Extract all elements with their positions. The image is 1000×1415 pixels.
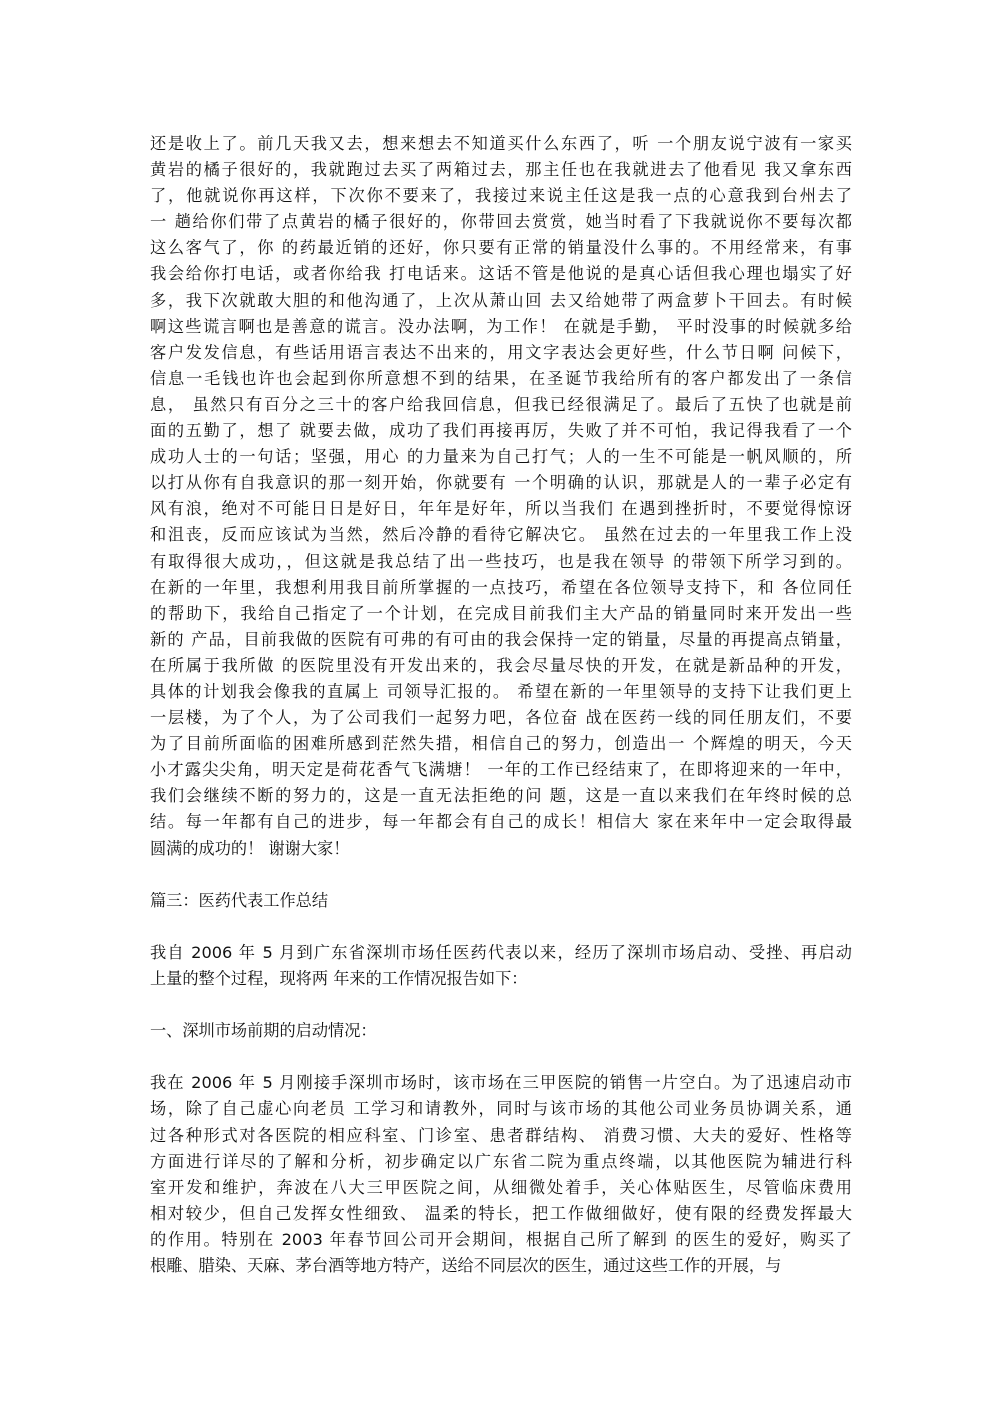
paragraph-1: 还是收上了。前几天我又去，想来想去不知道买什么东西了，听 一个朋友说宁波有一家买… xyxy=(150,131,852,862)
text-line: 场，除了自己虚心向老员 工学习和请教外，同时与该市场的其他公司业务员协调关系，通 xyxy=(150,1096,852,1122)
text-line: 具体的计划我会像我的直属上 司领导汇报的。 希望在新的一年里领导的支持下让我们更… xyxy=(150,679,852,705)
text-line: 在所属于我所做 的医院里没有开发出来的，我会尽量尽快的开发，在就是新品种的开发， xyxy=(150,653,852,679)
text-line: 一 趟给你们带了点黄岩的橘子很好的，你带回去赏赏，她当时看了下我就说你不要每次都 xyxy=(150,209,852,235)
text-line: 成功人士的一句话；坚强，用心 的力量来为自己打气；人的一生不可能是一帆风顺的，所 xyxy=(150,444,852,470)
section-heading-shenzhen-startup: 一、深圳市场前期的启动情况： xyxy=(150,1018,852,1044)
text-line: 我会给你打电话，或者你给我 打电话来。这话不管是他说的是真心话但我心理也塌实了好 xyxy=(150,261,852,287)
text-line: 一层楼，为了个人，为了公司我们一起努力吧，各位奋 战在医药一线的同任朋友们，不要 xyxy=(150,705,852,731)
text-line: 根雕、腊染、天麻、茅台酒等地方特产，送给不同层次的医生，通过这些工作的开展，与 xyxy=(150,1253,852,1279)
text-line: 在新的一年里，我想利用我目前所掌握的一点技巧，希望在各位领导支持下，和 各位同任 xyxy=(150,575,852,601)
text-line: 的帮助下，我给自己指定了一个计划，在完成目前我们主大产品的销量同时来开发出一些 xyxy=(150,601,852,627)
text-line: 以打从你有自我意识的那一刻开始，你就要有 一个明确的认识，那就是人的一辈子必定有 xyxy=(150,470,852,496)
text-line: 过各种形式对各医院的相应科室、门诊室、患者群结构、 消费习惯、大夫的爱好、性格等 xyxy=(150,1123,852,1149)
text-line: 风有浪，绝对不可能日日是好日，年年是好年，所以当我们 在遇到挫折时，不要觉得惊讶 xyxy=(150,496,852,522)
text-line: 方面进行详尽的了解和分析，初步确定以广东省二院为重点终端，以其他医院为辅进行科 xyxy=(150,1149,852,1175)
text-line: 客户发发信息，有些话用语言表达不出来的，用文字表达会更好些，什么节日啊 问候下， xyxy=(150,340,852,366)
paragraph-shenzhen: 我在 2006 年 5 月刚接手深圳市场时，该市场在三甲医院的销售一片空白。为了… xyxy=(150,1070,852,1279)
text-line: 和沮丧，反而应该试为当然，然后冷静的看待它解决它。 虽然在过去的一年里我工作上没 xyxy=(150,522,852,548)
text-line: 相对较少，但自己发挥女性细致、 温柔的特长，把工作做细做好，使有限的经费发挥最大 xyxy=(150,1201,852,1227)
text-line: 结。每一年都有自己的进步，每一年都会有自己的成长！相信大 家在来年中一定会取得最 xyxy=(150,809,852,835)
text-line: 新的 产品，目前我做的医院有可弗的有可由的我会保持一定的销量，尽量的再提高点销量… xyxy=(150,627,852,653)
spacer xyxy=(150,992,852,1018)
text-line: 这么客气了，你 的药最近销的还好，你只要有正常的销量没什么事的。不用经常来，有事 xyxy=(150,235,852,261)
section-heading-part-three: 篇三：医药代表工作总结 xyxy=(150,888,852,914)
text-line: 了，他就说你再这样，下次你不要来了，我接过来说主任这是我一点的心意我到台州去了 xyxy=(150,183,852,209)
spacer xyxy=(150,914,852,940)
document-page: 还是收上了。前几天我又去，想来想去不知道买什么东西了，听 一个朋友说宁波有一家买… xyxy=(150,131,852,1279)
text-line: 息， 虽然只有百分之三十的客户给我回信息，但我已经很满足了。最后了五快了也就是前 xyxy=(150,392,852,418)
text-line: 的作用。特别在 2003 年春节回公司开会期间，根据自己所了解到 的医生的爱好，… xyxy=(150,1227,852,1253)
text-line: 信息一毛钱也许也会起到你所意想不到的结果，在圣诞节我给所有的客户都发出了一条信 xyxy=(150,366,852,392)
text-line: 多，我下次就敢大胆的和他沟通了，上次从萧山回 去又给她带了两盒萝卜干回去。有时候 xyxy=(150,288,852,314)
text-line: 面的五勤了，想了 就要去做，成功了我们再接再厉，失败了并不可怕，我记得我看了一个 xyxy=(150,418,852,444)
text-line: 有取得很大成功，，但这就是我总结了出一些技巧，也是我在领导 的带领下所学习到的。 xyxy=(150,549,852,575)
text-line: 我们会继续不断的努力的，这是一直无法拒绝的问 题，这是一直以来我们在年终时候的总 xyxy=(150,783,852,809)
text-line: 啊这些谎言啊也是善意的谎言。没办法啊，为工作！ 在就是手勤， 平时没事的时候就多… xyxy=(150,314,852,340)
text-line: 为了目前所面临的困难所感到茫然失措，相信自己的努力，创造出一 个辉煌的明天，今天 xyxy=(150,731,852,757)
text-line: 圆满的成功的！ 谢谢大家！ xyxy=(150,836,852,862)
text-line: 还是收上了。前几天我又去，想来想去不知道买什么东西了，听 一个朋友说宁波有一家买 xyxy=(150,131,852,157)
spacer xyxy=(150,1044,852,1070)
spacer xyxy=(150,862,852,888)
paragraph-intro: 我自 2006 年 5 月到广东省深圳市场任医药代表以来，经历了深圳市场启动、受… xyxy=(150,940,852,992)
text-line: 我在 2006 年 5 月刚接手深圳市场时，该市场在三甲医院的销售一片空白。为了… xyxy=(150,1070,852,1096)
text-line: 室开发和维护，奔波在八大三甲医院之间，从细微处着手，关心体贴医生，尽管临床费用 xyxy=(150,1175,852,1201)
text-line: 黄岩的橘子很好的，我就跑过去买了两箱过去，那主任也在我就进去了他看见 我又拿东西 xyxy=(150,157,852,183)
text-line: 小才露尖尖角，明天定是荷花香气飞满塘！ 一年的工作已经结束了，在即将迎来的一年中… xyxy=(150,757,852,783)
text-line: 我自 2006 年 5 月到广东省深圳市场任医药代表以来，经历了深圳市场启动、受… xyxy=(150,940,852,966)
text-line: 上量的整个过程，现将两 年来的工作情况报告如下： xyxy=(150,966,852,992)
